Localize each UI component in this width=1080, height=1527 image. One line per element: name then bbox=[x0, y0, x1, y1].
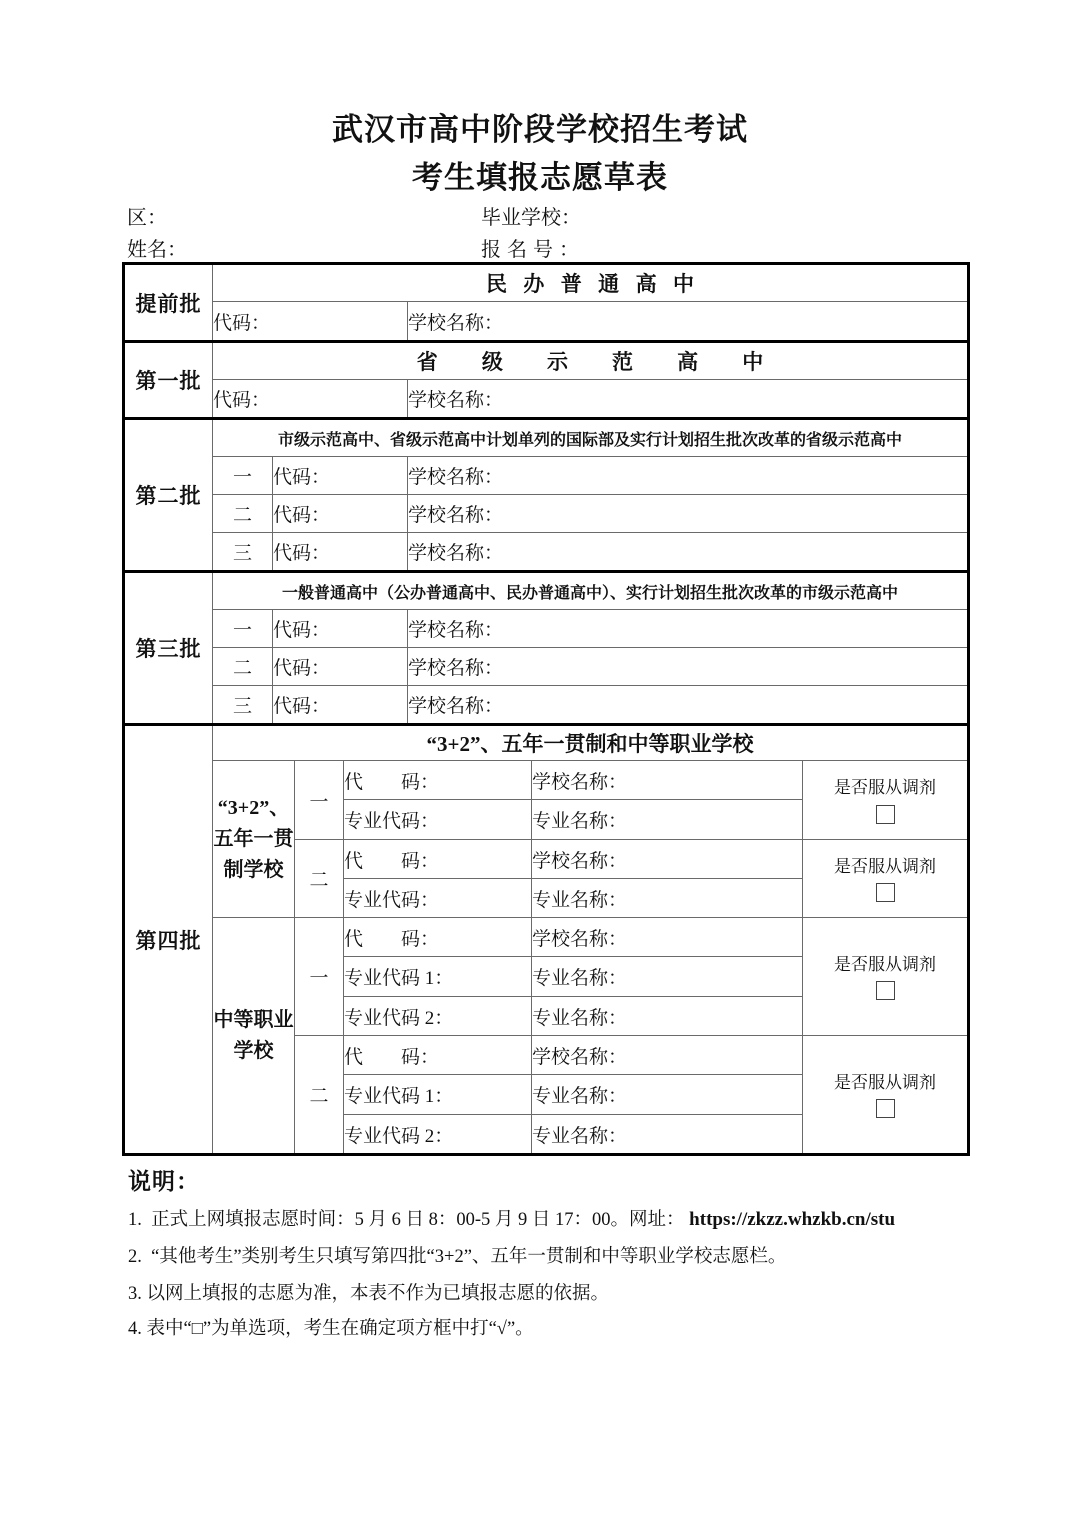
batch2-label: 第二批 bbox=[124, 419, 213, 572]
batch1-entry-row: 代码： 学校名称： bbox=[124, 380, 969, 419]
advance-entry-row: 代码： 学校名称： bbox=[124, 302, 969, 342]
batch3-entry-row: 三 代码： 学校名称： bbox=[124, 686, 969, 725]
school-name-label-cell: 学校名称： bbox=[408, 648, 969, 686]
graduate-school-label: 毕业学校： bbox=[481, 201, 581, 230]
adjustment-cell: 是否服从调剂 bbox=[803, 1036, 969, 1155]
batch3-header-row: 第三批 一般普通高中（公办普通高中、民办普通高中）、实行计划招生批次改革的市级示… bbox=[124, 572, 969, 610]
major-code1-label-cell: 专业代码 1： bbox=[344, 957, 532, 997]
entry-number: 二 bbox=[295, 840, 344, 918]
batch4-header-row: 第四批 “3+2”、五年一贯制和中等职业学校 bbox=[124, 725, 969, 761]
code-label-cell: 代码： bbox=[213, 302, 408, 342]
advance-header-row: 提前批 民办普通高中 bbox=[124, 264, 969, 302]
adjustment-checkbox[interactable] bbox=[876, 805, 895, 824]
code-label-cell: 代 码： bbox=[344, 918, 532, 957]
batch1-header-row: 第一批 省级示范高中 bbox=[124, 342, 969, 380]
note-item-1: 1. 正式上网填报志愿时间：5 月 6 日 8：00-5 月 9 日 17：00… bbox=[128, 1208, 988, 1233]
batch3-entry-row: 二 代码： 学校名称： bbox=[124, 648, 969, 686]
entry-number: 一 bbox=[295, 761, 344, 840]
obey-adjustment-label: 是否服从调剂 bbox=[803, 1071, 967, 1095]
batch2-section-header: 市级示范高中、省级示范高中计划单列的国际部及实行计划招生批次改革的省级示范高中 bbox=[213, 419, 969, 457]
major-name-label-cell: 专业名称： bbox=[532, 997, 803, 1036]
form-title-line2: 考生填报志愿草表 bbox=[0, 152, 1080, 197]
adjustment-cell: 是否服从调剂 bbox=[803, 761, 969, 840]
note-1-url[interactable]: https://zkzz.whzkb.cn/stu bbox=[689, 1209, 895, 1230]
form-title-line1: 武汉市高中阶段学校招生考试 bbox=[0, 104, 1080, 149]
school-name-label-cell: 学校名称： bbox=[532, 918, 803, 957]
entry-number: 三 bbox=[213, 533, 273, 572]
school-name-label-cell: 学校名称： bbox=[408, 380, 969, 419]
code-label-cell: 代码： bbox=[273, 457, 408, 495]
notes-heading: 说明： bbox=[128, 1163, 200, 1196]
school-name-label-cell: 学校名称： bbox=[408, 302, 969, 342]
entry-number: 一 bbox=[213, 610, 273, 648]
note-item-4: 4. 表中“□”为单选项，考生在确定项方框中打“√”。 bbox=[128, 1317, 988, 1341]
code-label-cell: 代码： bbox=[273, 648, 408, 686]
obey-adjustment-label: 是否服从调剂 bbox=[803, 855, 967, 879]
registration-no-label: 报名号： bbox=[481, 233, 585, 262]
major-name-label-cell: 专业名称： bbox=[532, 1115, 803, 1155]
note-1-text: 1. 正式上网填报志愿时间：5 月 6 日 8：00-5 月 9 日 17：00… bbox=[128, 1210, 689, 1230]
major-code-label-cell: 专业代码： bbox=[344, 800, 532, 840]
major-name-label-cell: 专业名称： bbox=[532, 957, 803, 997]
code-label-cell: 代码： bbox=[273, 610, 408, 648]
batch2-entry-row: 一 代码： 学校名称： bbox=[124, 457, 969, 495]
batch1-header-text: 省级示范高中 bbox=[417, 350, 808, 374]
group-vocational-label: 中等职业学校 bbox=[213, 918, 295, 1155]
entry-number: 一 bbox=[295, 918, 344, 1036]
adjustment-checkbox[interactable] bbox=[876, 883, 895, 902]
entry-number: 二 bbox=[213, 495, 273, 533]
adjustment-cell: 是否服从调剂 bbox=[803, 840, 969, 918]
code-label-cell: 代码： bbox=[273, 495, 408, 533]
major-name-label-cell: 专业名称： bbox=[532, 1075, 803, 1115]
entry-number: 一 bbox=[213, 457, 273, 495]
batch3-entry-row: 一 代码： 学校名称： bbox=[124, 610, 969, 648]
code-label-cell: 代码： bbox=[213, 380, 408, 419]
school-name-label-cell: 学校名称： bbox=[532, 840, 803, 879]
major-code-label-cell: 专业代码： bbox=[344, 879, 532, 918]
note-item-3: 3. 以网上填报的志愿为准，本表不作为已填报志愿的依据。 bbox=[128, 1282, 988, 1306]
batch3-label: 第三批 bbox=[124, 572, 213, 725]
batch4-label: 第四批 bbox=[124, 725, 213, 1155]
major-code2-label-cell: 专业代码 2： bbox=[344, 997, 532, 1036]
note-item-2: 2. “其他考生”类别考生只填写第四批“3+2”、五年一贯制和中等职业学校志愿栏… bbox=[128, 1245, 988, 1269]
school-name-label-cell: 学校名称： bbox=[532, 761, 803, 800]
obey-adjustment-label: 是否服从调剂 bbox=[803, 776, 967, 800]
batch4-32-entry-row: “3+2”、五年一贯制学校 一 代 码： 学校名称： 是否服从调剂 bbox=[124, 761, 969, 800]
group-32-label: “3+2”、五年一贯制学校 bbox=[213, 761, 295, 918]
school-name-label-cell: 学校名称： bbox=[408, 610, 969, 648]
batch1-section-header: 省级示范高中 bbox=[213, 342, 969, 380]
volunteer-table: 提前批 民办普通高中 代码： 学校名称： 第一批 省级示范高中 代码： 学校名称… bbox=[122, 262, 970, 1156]
major-name-label-cell: 专业名称： bbox=[532, 879, 803, 918]
code-label-cell: 代 码： bbox=[344, 840, 532, 879]
batch2-entry-row: 二 代码： 学校名称： bbox=[124, 495, 969, 533]
form-page: 武汉市高中阶段学校招生考试 考生填报志愿草表 区： 毕业学校： 姓名： 报名号：… bbox=[0, 0, 1080, 1527]
obey-adjustment-label: 是否服从调剂 bbox=[803, 953, 967, 977]
major-code1-label-cell: 专业代码 1： bbox=[344, 1075, 532, 1115]
major-code2-label-cell: 专业代码 2： bbox=[344, 1115, 532, 1155]
adjustment-checkbox[interactable] bbox=[876, 981, 895, 1000]
advance-section-header: 民办普通高中 bbox=[213, 264, 969, 302]
school-name-label-cell: 学校名称： bbox=[408, 457, 969, 495]
batch4-section-header: “3+2”、五年一贯制和中等职业学校 bbox=[213, 725, 969, 761]
advance-header-text: 民办普通高中 bbox=[486, 272, 710, 296]
entry-number: 三 bbox=[213, 686, 273, 725]
school-name-label-cell: 学校名称： bbox=[408, 533, 969, 572]
code-label-cell: 代码： bbox=[273, 533, 408, 572]
name-label: 姓名： bbox=[127, 233, 187, 262]
code-label-cell: 代 码： bbox=[344, 1036, 532, 1075]
batch1-label: 第一批 bbox=[124, 342, 213, 419]
district-label: 区： bbox=[127, 201, 167, 230]
batch-advance-label: 提前批 bbox=[124, 264, 213, 342]
batch4-zz-entry-row: 中等职业学校 一 代 码： 学校名称： 是否服从调剂 bbox=[124, 918, 969, 957]
batch2-header-row: 第二批 市级示范高中、省级示范高中计划单列的国际部及实行计划招生批次改革的省级示… bbox=[124, 419, 969, 457]
batch2-entry-row: 三 代码： 学校名称： bbox=[124, 533, 969, 572]
adjustment-cell: 是否服从调剂 bbox=[803, 918, 969, 1036]
code-label-cell: 代 码： bbox=[344, 761, 532, 800]
entry-number: 二 bbox=[213, 648, 273, 686]
batch3-section-header: 一般普通高中（公办普通高中、民办普通高中）、实行计划招生批次改革的市级示范高中 bbox=[213, 572, 969, 610]
school-name-label-cell: 学校名称： bbox=[408, 686, 969, 725]
school-name-label-cell: 学校名称： bbox=[408, 495, 969, 533]
entry-number: 二 bbox=[295, 1036, 344, 1155]
major-name-label-cell: 专业名称： bbox=[532, 800, 803, 840]
adjustment-checkbox[interactable] bbox=[876, 1099, 895, 1118]
school-name-label-cell: 学校名称： bbox=[532, 1036, 803, 1075]
code-label-cell: 代码： bbox=[273, 686, 408, 725]
